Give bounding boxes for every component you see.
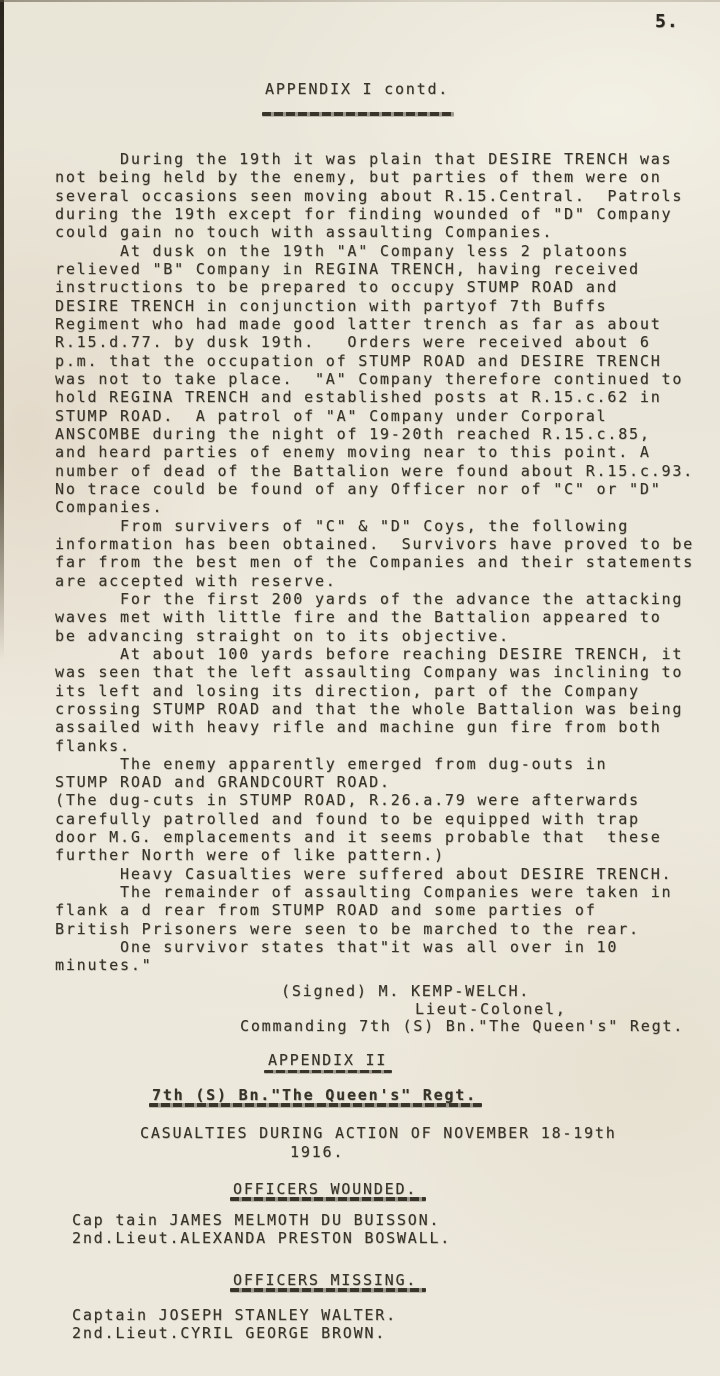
- appendix2-unit-underline: [149, 1103, 482, 1107]
- officers-missing-names: Captain JOSEPH STANLEY WALTER.2nd.Lieut.…: [72, 1306, 397, 1343]
- casualties-subtitle-line2: 1916.: [290, 1143, 344, 1161]
- appendix1-title-underline: [262, 112, 454, 116]
- text-line: carefully patrolled and found to be equi…: [55, 810, 694, 828]
- text-line: crossing STUMP ROAD and that the whole B…: [55, 700, 694, 718]
- text-line: At dusk on the 19th "A" Company less 2 p…: [55, 242, 694, 260]
- appendix1-body: During the 19th it was plain that DESIRE…: [55, 150, 694, 975]
- text-line: could gain no touch with assaulting Comp…: [55, 223, 694, 241]
- text-line: was seen that the left assaulting Compan…: [55, 663, 694, 681]
- text-line: Companies.: [55, 498, 694, 516]
- casualties-subtitle-line1: CASUALTIES DURING ACTION OF NOVEMBER 18-…: [140, 1124, 617, 1142]
- text-line: be advancing straight on to its objectiv…: [55, 627, 694, 645]
- officers-wounded-heading: OFFICERS WOUNDED.: [233, 1180, 417, 1198]
- text-line: R.15.d.77. by dusk 19th. Orders were rec…: [55, 333, 694, 351]
- text-line: At about 100 yards before reaching DESIR…: [55, 645, 694, 663]
- officers-wounded-underline: [230, 1197, 426, 1201]
- text-line: Cap tain JAMES MELMOTH DU BUISSON.: [72, 1211, 451, 1229]
- text-line: assailed with heavy rifle and machine gu…: [55, 718, 694, 736]
- text-line: information has been obtained. Survivors…: [55, 535, 694, 553]
- text-line: during the 19th except for finding wound…: [55, 205, 694, 223]
- text-line: and heard parties of enemy moving near t…: [55, 443, 694, 461]
- appendix2-title-underline: [264, 1070, 392, 1073]
- text-line: British Prisoners were seen to be marche…: [55, 920, 694, 938]
- text-line: further North were of like pattern.): [55, 846, 694, 864]
- text-line: was not to take place. "A" Company there…: [55, 370, 694, 388]
- text-line: several occasions seen moving about R.15…: [55, 187, 694, 205]
- text-line: Regiment who had made good latter trench…: [55, 315, 694, 333]
- text-line: its left and losing its direction, part …: [55, 682, 694, 700]
- signature-command: Commanding 7th (S) Bn."The Queen's" Regt…: [240, 1017, 684, 1035]
- document-page: 5. APPENDIX I contd. During the 19th it …: [0, 0, 720, 1376]
- text-line: number of dead of the Battalion were fou…: [55, 462, 694, 480]
- text-line: (The dug-cuts in STUMP ROAD, R.26.a.79 w…: [55, 791, 694, 809]
- text-line: One survivor states that"it was all over…: [55, 938, 694, 956]
- text-line: The enemy apparently emerged from dug-ou…: [55, 755, 694, 773]
- text-line: For the first 200 yards of the advance t…: [55, 590, 694, 608]
- officers-wounded-names: Cap tain JAMES MELMOTH DU BUISSON.2nd.Li…: [72, 1211, 451, 1248]
- text-line: DESIRE TRENCH in conjunction with partyo…: [55, 297, 694, 315]
- text-line: flank a d rear from STUMP ROAD and some …: [55, 901, 694, 919]
- text-line: are accepted with reserve.: [55, 572, 694, 590]
- signature-signed: (Signed) M. KEMP-WELCH.: [281, 982, 530, 1000]
- text-line: minutes.": [55, 956, 694, 974]
- text-line: 2nd.Lieut.CYRIL GEORGE BROWN.: [72, 1324, 397, 1342]
- text-line: door M.G. emplacements and it seems prob…: [55, 828, 694, 846]
- text-line: far from the best men of the Companies a…: [55, 553, 694, 571]
- text-line: During the 19th it was plain that DESIRE…: [55, 150, 694, 168]
- text-line: The remainder of assaulting Companies we…: [55, 883, 694, 901]
- text-line: hold REGINA TRENCH and established posts…: [55, 388, 694, 406]
- text-line: 2nd.Lieut.ALEXANDA PRESTON BOSWALL.: [72, 1229, 451, 1247]
- scan-top-edge: [0, 0, 720, 2]
- text-line: No trace could be found of any Officer n…: [55, 480, 694, 498]
- text-line: p.m. that the occupation of STUMP ROAD a…: [55, 352, 694, 370]
- page-number: 5.: [655, 11, 679, 32]
- text-line: STUMP ROAD. A patrol of "A" Company unde…: [55, 407, 694, 425]
- text-line: flanks.: [55, 737, 694, 755]
- appendix2-title: APPENDIX II: [268, 1051, 387, 1069]
- text-line: Captain JOSEPH STANLEY WALTER.: [72, 1306, 397, 1324]
- text-line: waves met with little fire and the Batta…: [55, 608, 694, 626]
- scan-left-edge: [0, 0, 4, 660]
- signature-rank: Lieut-Colonel,: [415, 1000, 567, 1018]
- appendix1-title: APPENDIX I contd.: [265, 80, 449, 98]
- text-line: instructions to be prepared to occupy ST…: [55, 278, 694, 296]
- text-line: Heavy Casualties were suffered about DES…: [55, 865, 694, 883]
- appendix2-unit-title: 7th (S) Bn."The Queen's" Regt.: [152, 1086, 477, 1104]
- officers-missing-heading: OFFICERS MISSING.: [233, 1271, 417, 1289]
- text-line: From survivers of "C" & "D" Coys, the fo…: [55, 517, 694, 535]
- text-line: not being held by the enemy, but parties…: [55, 168, 694, 186]
- text-line: STUMP ROAD and GRANDCOURT ROAD.: [55, 773, 694, 791]
- text-line: ANSCOMBE during the night of 19-20th rea…: [55, 425, 694, 443]
- officers-missing-underline: [230, 1288, 426, 1292]
- text-line: relieved "B" Company in REGINA TRENCH, h…: [55, 260, 694, 278]
